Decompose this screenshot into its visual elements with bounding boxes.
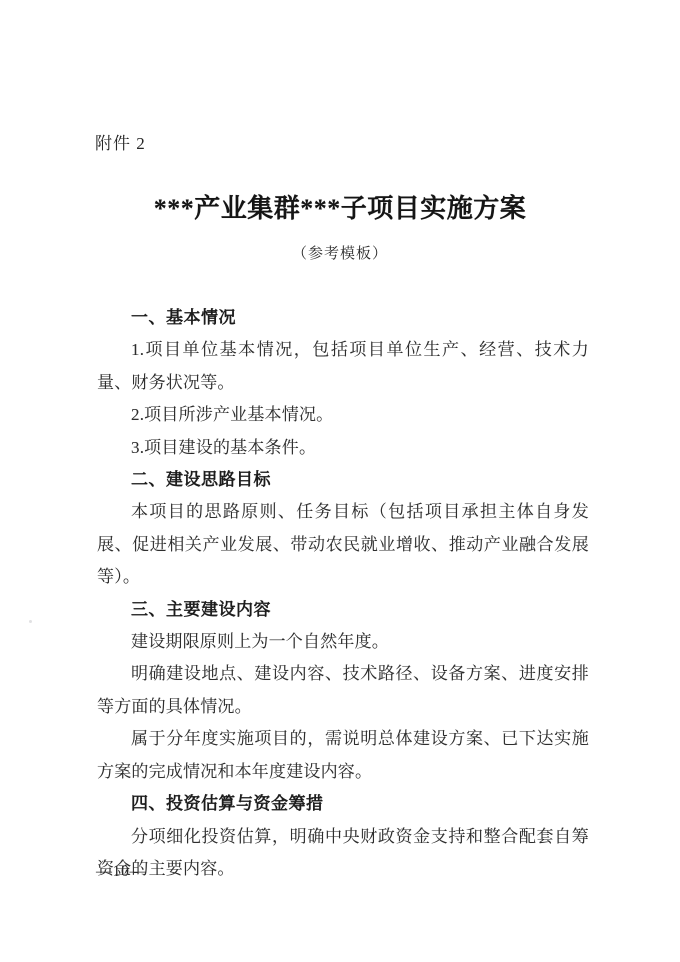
section-3-paragraph-2: 明确建设地点、建设内容、技术路径、设备方案、进度安排等方面的具体情况。	[97, 658, 589, 723]
section-2-heading: 二、建设思路目标	[97, 464, 589, 496]
section-1-paragraph-3: 3.项目建设的基本条件。	[97, 432, 589, 464]
section-4-paragraph-1: 分项细化投资估算，明确中央财政资金支持和整合配套自筹资金的主要内容。	[97, 821, 589, 886]
section-1-paragraph-1: 1.项目单位基本情况，包括项目单位生产、经营、技术力量、财务状况等。	[97, 334, 589, 399]
section-3-paragraph-1: 建设期限原则上为一个自然年度。	[97, 626, 589, 658]
section-1-paragraph-2: 2.项目所涉产业基本情况。	[97, 399, 589, 431]
section-3-heading: 三、主要建设内容	[97, 594, 589, 626]
document-subtitle: （参考模板）	[97, 244, 583, 264]
scan-speck	[29, 620, 32, 623]
section-1-heading: 一、基本情况	[97, 302, 589, 334]
section-2-paragraph-1: 本项目的思路原则、任务目标（包括项目承担主体自身发展、促进相关产业发展、带动农民…	[97, 496, 589, 593]
scanned-document-page: 附件 2 ***产业集群***子项目实施方案 （参考模板） 一、基本情况 1.项…	[0, 0, 680, 962]
document-title: ***产业集群***子项目实施方案	[97, 191, 583, 227]
attachment-label: 附件 2	[95, 133, 146, 155]
document-body: 一、基本情况 1.项目单位基本情况，包括项目单位生产、经营、技术力量、财务状况等…	[97, 302, 589, 885]
page-number: —10—	[96, 862, 146, 882]
section-3-paragraph-3: 属于分年度实施项目的，需说明总体建设方案、已下达实施方案的完成情况和本年度建设内…	[97, 723, 589, 788]
section-4-heading: 四、投资估算与资金筹措	[97, 788, 589, 820]
